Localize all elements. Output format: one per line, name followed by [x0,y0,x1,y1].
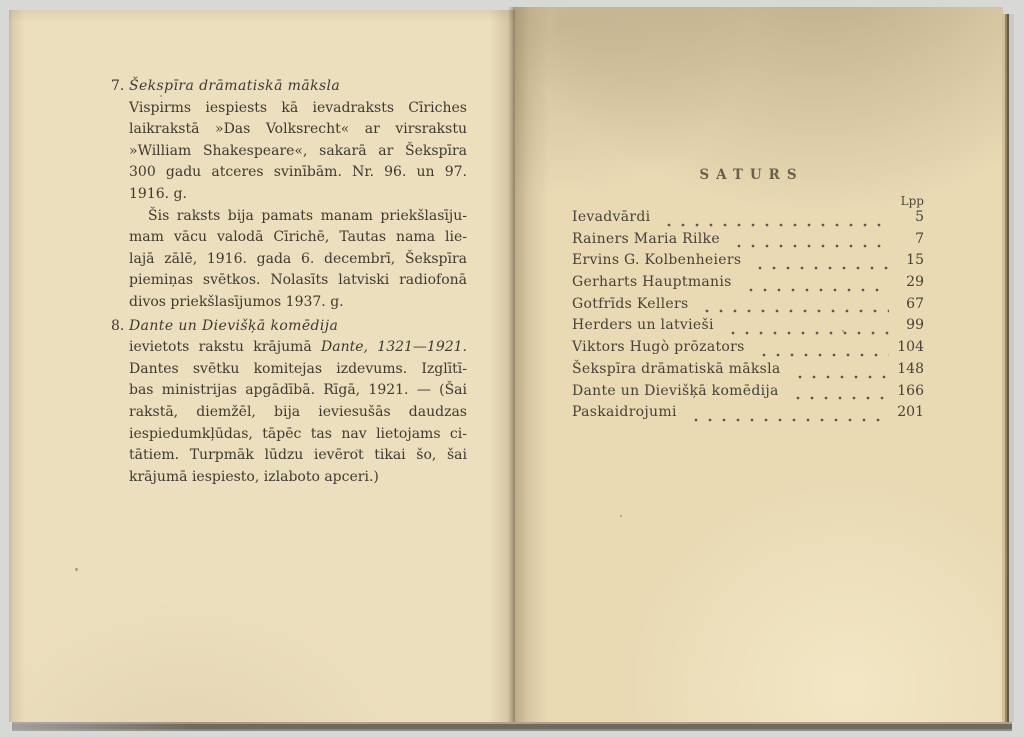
toc-row: Paskaidrojumi201 [572,404,924,426]
toc-row: Rainers Maria Rilke7 [572,231,924,253]
page-stack-edge-right [1002,14,1014,722]
book-spread-photo: 7.Šekspīra drāmatiskā mākslaVispirms ies… [0,0,1024,737]
toc-leader-dots [698,307,889,313]
toc-row: Gerharts Hauptmanis29 [572,274,924,296]
entry-paragraph: Vispirms iespiests kā ievadraksts Cīrich… [129,98,467,206]
toc-row: Viktors Hugò prōzators104 [572,339,924,361]
toc-entry-title: Gotfrīds Kellers [572,296,688,312]
toc-leader-dots [724,329,889,335]
text-line: Dantes svētku komitejas izdevums. Izglīt… [129,359,467,381]
toc-row: Ievadvārdi5 [572,209,924,231]
catalog-entry: 8.Dante un Dievišķā komēdijaievietots ra… [129,316,467,489]
toc-entry-title: Ervins G. Kolbenheiers [572,252,741,268]
toc-leader-dots [742,286,889,292]
toc-entry-page: 201 [896,404,924,420]
paper-speck [620,515,622,517]
toc-entry-title: Paskaidrojumi [572,404,677,420]
text-line: krājumā iespiesto, izlaboto apceri.) [129,467,467,489]
text-line: Vispirms iespiests kā ievadraksts Cīrich… [129,98,467,120]
text-line: lajā zālē, 1916. gada 6. decembrī, Šeksp… [129,249,467,271]
toc-row: Gotfrīds Kellers67 [572,296,924,318]
text-line: »William Shakespeare«, sakarā ar Šekspīr… [129,141,467,163]
toc-entry-title: Gerharts Hauptmanis [572,274,732,290]
left-page-text: 7.Šekspīra drāmatiskā mākslaVispirms ies… [129,76,467,488]
paper-speck [75,568,78,571]
text-line: laikrakstā »Das Volksrecht« ar virsrakst… [129,119,467,141]
toc-entry-title: Herders un latvieši [572,317,714,333]
toc-page-column-label: Lpp [572,194,924,208]
toc-entry-page: 29 [896,274,924,290]
toc-entry-page: 99 [896,317,924,333]
toc-entry-page: 5 [896,209,924,225]
toc-entry-page: 15 [896,252,924,268]
entry-number: 8. [111,316,129,338]
entry-title: Dante un Dievišķā komēdija [129,318,338,334]
entry-heading: 8.Dante un Dievišķā komēdija [111,316,467,338]
toc-entry-title: Rainers Maria Rilke [572,231,720,247]
text-line: ievietots rakstu krājumā Dante, 1321—192… [129,337,467,359]
text-line: rakstā, diemžēl, bija ieviesušās daudzas [129,402,467,424]
toc-leader-dots [755,351,889,357]
toc-leader-dots [751,264,889,270]
toc-row: Herders un latvieši99 [572,317,924,339]
toc-leader-dots [687,416,889,422]
toc-row: Šekspīra drāmatiskā māksla148 [572,361,924,383]
toc-leader-dots [660,221,889,227]
catalog-entry: 7.Šekspīra drāmatiskā mākslaVispirms ies… [129,76,467,314]
toc-row: Ervins G. Kolbenheiers15 [572,252,924,274]
toc-leader-dots [791,373,889,379]
text-line: piemiņas svētkos. Nolasīts latviski radi… [129,270,467,292]
entry-heading: 7.Šekspīra drāmatiskā māksla [111,76,467,98]
text-line: divos priekšlasījumos 1937. g. [129,292,467,314]
toc-entry-page: 7 [896,231,924,247]
text-line: mam vācu valodā Cīrichē, Tautas nama lie… [129,227,467,249]
toc-rows: Ievadvārdi5Rainers Maria Rilke7Ervins G.… [572,209,924,426]
toc-entry-page: 148 [896,361,924,377]
toc-leader-dots [789,394,889,400]
toc-entry-page: 67 [896,296,924,312]
toc-entry-title: Ievadvārdi [572,209,650,225]
left-page: 7.Šekspīra drāmatiskā mākslaVispirms ies… [9,10,515,722]
page-stack-edge-bottom [12,722,1012,731]
toc-row: Dante un Dievišķā komēdija166 [572,383,924,405]
toc-entry-title: Viktors Hugò prōzators [572,339,745,355]
text-line: 1916. g. [129,184,467,206]
text-line: tātiem. Turpmāk lūdzu ievērot tikai šo, … [129,445,467,467]
text-line: 300 gadu atceres svinībām. Nr. 96. un 97… [129,162,467,184]
toc-entry-title: Dante un Dievišķā komēdija [572,383,779,399]
text-line: bas ministrijas apgādībā. Rīgā, 1921. — … [129,380,467,402]
entry-paragraph: ievietots rakstu krājumā Dante, 1321—192… [129,337,467,488]
text-line: Šis raksts bija pamats manam priekšlasīj… [129,206,467,228]
toc-leader-dots [730,242,889,248]
toc-heading: SATURS [572,167,924,183]
toc-entry-page: 166 [896,383,924,399]
toc-entry-title: Šekspīra drāmatiskā māksla [572,361,781,377]
entry-number: 7. [111,76,129,98]
right-page: SATURS Lpp Ievadvārdi5Rainers Maria Rilk… [515,7,1003,723]
entry-paragraph: Šis raksts bija pamats manam priekšlasīj… [129,206,467,314]
text-line: iespiedumkļūdas, tāpēc tas nav lietojams… [129,424,467,446]
table-of-contents: SATURS Lpp Ievadvārdi5Rainers Maria Rilk… [572,167,924,426]
entry-title: Šekspīra drāmatiskā māksla [129,78,340,94]
toc-entry-page: 104 [896,339,924,355]
